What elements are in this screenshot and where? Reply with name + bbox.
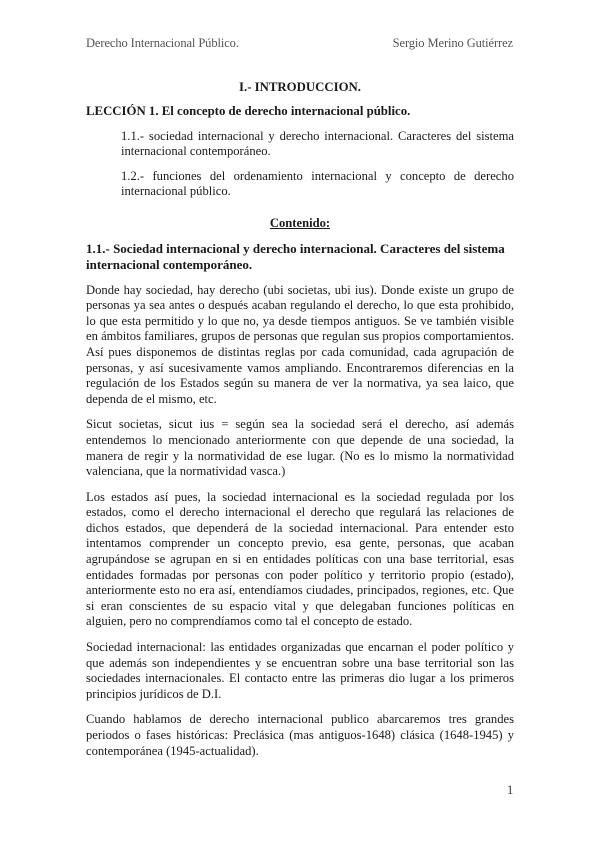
page-number: 1 <box>507 783 513 798</box>
toc-item: 1.2.- funciones del ordenamiento interna… <box>121 169 514 200</box>
contents-label: Contenido: <box>86 216 514 232</box>
header-author: Sergio Merino Gutiérrez <box>393 36 513 51</box>
paragraph: Donde hay sociedad, hay derecho (ubi soc… <box>86 283 514 408</box>
document-body: I.- INTRODUCCION. LECCIÓN 1. El concepto… <box>86 80 514 769</box>
running-header: Derecho Internacional Público. Sergio Me… <box>86 36 513 52</box>
paragraph: Sicut societas, sicut ius = según sea la… <box>86 417 514 479</box>
section-heading: 1.1.- Sociedad internacional y derecho i… <box>86 241 514 273</box>
toc-item: 1.1.- sociedad internacional y derecho i… <box>121 129 514 160</box>
lesson-title: LECCIÓN 1. El concepto de derecho intern… <box>86 104 514 120</box>
header-course-title: Derecho Internacional Público. <box>86 36 239 51</box>
paragraph: Los estados así pues, la sociedad intern… <box>86 490 514 630</box>
document-page: Derecho Internacional Público. Sergio Me… <box>0 0 599 848</box>
paragraph: Sociedad internacional: las entidades or… <box>86 640 514 702</box>
paragraph: Cuando hablamos de derecho internacional… <box>86 712 514 759</box>
chapter-title: I.- INTRODUCCION. <box>86 80 514 96</box>
